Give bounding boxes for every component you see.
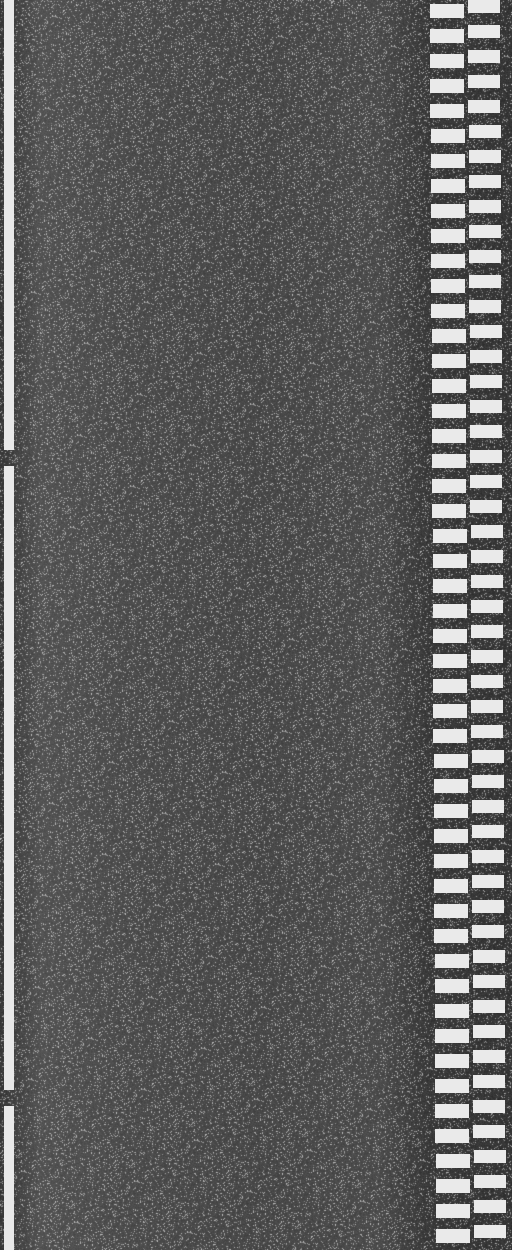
lane-marking-dash: [470, 450, 502, 463]
lane-marking-dash: [469, 300, 501, 313]
lane-marking-dash: [471, 575, 503, 588]
lane-marking-dash: [436, 1204, 470, 1218]
lane-marking-dash: [470, 425, 502, 438]
lane-marking-dash: [430, 79, 464, 93]
lane-marking-dash: [471, 600, 503, 613]
lane-marking-dash: [471, 650, 503, 663]
lane-marking-dash: [468, 100, 500, 113]
lane-marking-dash: [469, 200, 501, 213]
lane-marking-dash: [432, 379, 466, 393]
lane-marking-dash: [469, 175, 501, 188]
lane-marking-dash: [433, 604, 467, 618]
lane-marking-dash: [431, 179, 465, 193]
lane-marking-dash: [433, 654, 467, 668]
lane-marking-dash: [470, 475, 502, 488]
lane-marking-dash: [433, 629, 467, 643]
lane-marking-dash: [431, 129, 465, 143]
lane-marking-dash: [431, 204, 465, 218]
lane-marking-dash: [472, 925, 504, 938]
lane-marking-dash: [433, 704, 467, 718]
lane-marking-dash: [469, 275, 501, 288]
lane-marking-dash: [431, 279, 465, 293]
lane-marking-dash: [433, 554, 467, 568]
lane-marking-dash: [435, 1129, 469, 1143]
lane-marking-dash: [432, 329, 466, 343]
lane-marking-dash: [432, 479, 466, 493]
lane-marking-dash: [432, 454, 466, 468]
lane-marking-dash: [471, 550, 503, 563]
lane-marking-dash: [474, 1200, 506, 1213]
lane-marking-dash: [434, 829, 468, 843]
lane-marking-dash: [469, 250, 501, 263]
lane-marking-dash: [433, 679, 467, 693]
lane-marking-dash: [435, 1079, 469, 1093]
lane-marking-dash: [432, 404, 466, 418]
lane-marking-dash: [430, 104, 464, 118]
lane-marking-dash: [434, 904, 468, 918]
left-edge-line: [4, 1106, 14, 1250]
lane-marking-dash: [468, 0, 500, 13]
lane-marking-dash: [471, 525, 503, 538]
lane-marking-dash: [471, 700, 503, 713]
lane-marking-dash: [430, 4, 464, 18]
road-scene: [0, 0, 512, 1250]
lane-marking-dash: [470, 400, 502, 413]
lane-marking-dash: [470, 500, 502, 513]
lane-marking-dash: [435, 954, 469, 968]
lane-marking-dash: [473, 1100, 505, 1113]
left-edge-line: [4, 0, 14, 450]
lane-marking-dash: [431, 304, 465, 318]
lane-marking-dash: [473, 1125, 505, 1138]
lane-marking-dash: [471, 625, 503, 638]
lane-marking-dash: [434, 879, 468, 893]
lane-marking-dash: [434, 779, 468, 793]
lane-marking-dash: [473, 1050, 505, 1063]
lane-marking-dash: [473, 1000, 505, 1013]
lane-marking-dash: [468, 50, 500, 63]
lane-marking-dash: [474, 1150, 506, 1163]
lane-marking-dash: [435, 1104, 469, 1118]
lane-marking-dash: [431, 254, 465, 268]
lane-marking-dash: [432, 504, 466, 518]
lane-marking-dash: [472, 800, 504, 813]
lane-marking-dash: [436, 1154, 470, 1168]
lane-marking-dash: [433, 529, 467, 543]
lane-marking-dash: [472, 900, 504, 913]
lane-marking-dash: [433, 729, 467, 743]
lane-marking-dash: [468, 25, 500, 38]
lane-marking-dash: [434, 929, 468, 943]
lane-marking-dash: [434, 804, 468, 818]
lane-marking-dash: [432, 354, 466, 368]
lane-marking-dash: [472, 875, 504, 888]
lane-marking-dash: [470, 375, 502, 388]
lane-marking-dash: [473, 1025, 505, 1038]
lane-marking-dash: [468, 75, 500, 88]
marking-column-right: [466, 0, 506, 1250]
lane-marking-dash: [474, 1175, 506, 1188]
lane-marking-dash: [471, 725, 503, 738]
lane-marking-dash: [430, 29, 464, 43]
lane-marking-dash: [432, 429, 466, 443]
lane-marking-dash: [474, 1225, 506, 1238]
lane-marking-dash: [472, 850, 504, 863]
lane-marking-dash: [435, 1029, 469, 1043]
lane-marking-dash: [434, 854, 468, 868]
lane-marking-dash: [470, 325, 502, 338]
lane-marking-dash: [472, 750, 504, 763]
lane-marking-dash: [431, 229, 465, 243]
lane-marking-dash: [470, 350, 502, 363]
lane-marking-dash: [472, 825, 504, 838]
marking-column-left: [430, 0, 470, 1250]
lane-marking-dash: [469, 225, 501, 238]
lane-marking-dash: [473, 975, 505, 988]
lane-marking-dash: [473, 1075, 505, 1088]
lane-marking-dash: [433, 579, 467, 593]
lane-marking-dash: [473, 950, 505, 963]
lane-marking-dash: [469, 125, 501, 138]
lane-marking-dash: [469, 150, 501, 163]
lane-marking-dash: [471, 675, 503, 688]
left-edge-line: [4, 466, 14, 1090]
lane-marking-dash: [436, 1229, 470, 1243]
lane-marking-dash: [436, 1179, 470, 1193]
lane-marking-dash: [472, 775, 504, 788]
lane-marking-dash: [435, 1004, 469, 1018]
lane-marking-dash: [431, 154, 465, 168]
lane-marking-dash: [434, 754, 468, 768]
lane-marking-dash: [435, 1054, 469, 1068]
lane-marking-dash: [435, 979, 469, 993]
lane-marking-dash: [430, 54, 464, 68]
